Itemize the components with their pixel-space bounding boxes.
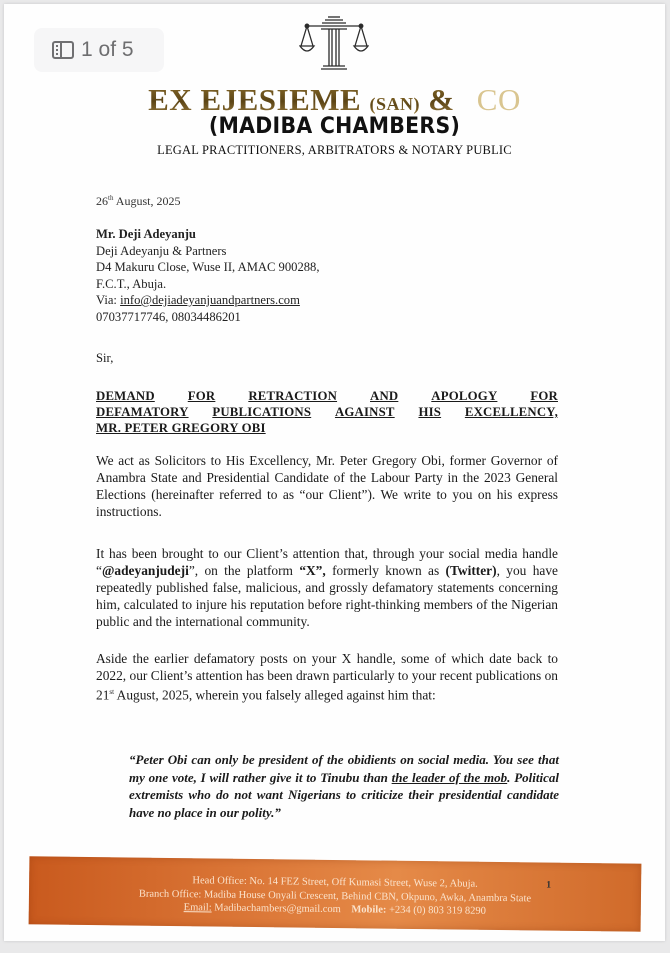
recipient-email-line: Via: info@dejiadeyanjuandpartners.com — [96, 292, 558, 309]
page-number: 1 — [546, 880, 551, 891]
letterhead-footer: Head Office: No. 14 FEZ Street, Off Kuma… — [29, 856, 642, 931]
page-counter-label: 1 of 5 — [81, 38, 134, 62]
recipient-email-link[interactable]: info@dejiadeyanjuandpartners.com — [120, 293, 300, 307]
letter-subject: DEMANDFORRETRACTIONANDAPOLOGYFOR DEFAMAT… — [96, 388, 558, 436]
salutation: Sir, — [96, 350, 558, 367]
chambers-name: (MADIBA CHAMBERS) — [27, 114, 642, 139]
quoted-statement: “Peter Obi can only be president of the … — [129, 751, 559, 821]
recipient-firm: Deji Adeyanju & Partners — [96, 243, 558, 260]
paragraph-2: It has been brought to our Client’s atte… — [96, 545, 558, 630]
twitter-handle: @adeyanjudeji — [102, 563, 189, 578]
letter-date: 26th August, 2025 — [96, 190, 558, 210]
sidebar-panel-icon[interactable] — [52, 41, 74, 59]
page-counter[interactable]: 1 of 5 — [34, 28, 164, 72]
firm-name: EX EJESIEME (SAN) & CO — [4, 82, 665, 118]
scales-of-justice-icon — [299, 14, 369, 74]
document-page: 1 of 5 EX EJESIEME (SAN) & CO (MADIBA CH… — [4, 4, 665, 941]
recipient-address: Mr. Deji Adeyanju Deji Adeyanju & Partne… — [96, 226, 558, 325]
recipient-address-line1: D4 Makuru Close, Wuse II, AMAC 900288, — [96, 259, 558, 276]
paragraph-3: Aside the earlier defamatory posts on yo… — [96, 650, 558, 703]
recipient-address-line2: F.C.T., Abuja. — [96, 276, 558, 293]
paragraph-1: We act as Solicitors to His Excellency, … — [96, 452, 558, 520]
recipient-phones: 07037717746, 08034486201 — [96, 309, 558, 326]
firm-tagline: LEGAL PRACTITIONERS, ARBITRATORS & NOTAR… — [4, 143, 665, 158]
recipient-name: Mr. Deji Adeyanju — [96, 226, 558, 243]
